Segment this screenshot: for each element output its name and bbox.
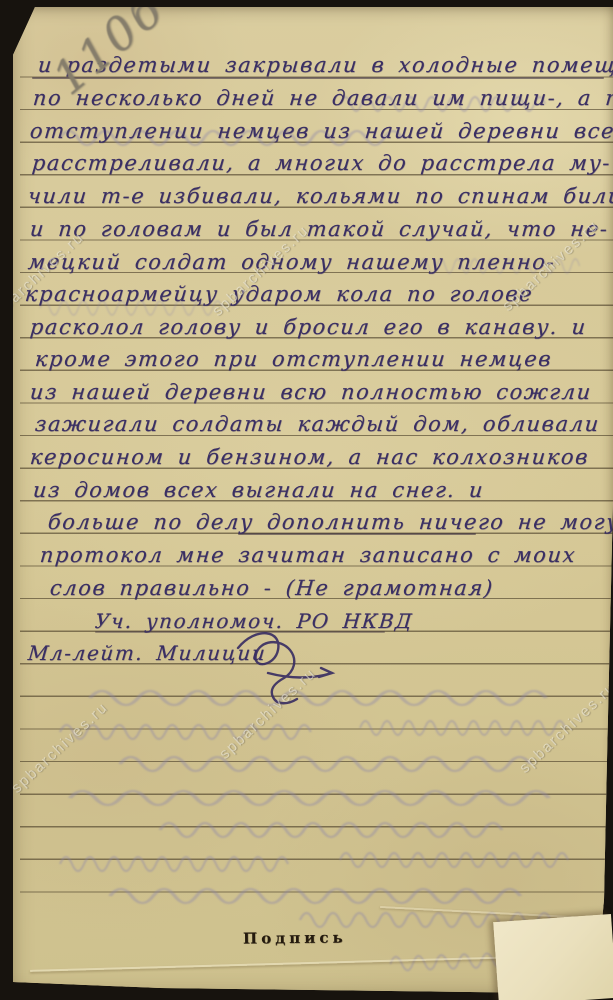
manuscript-line: расстреливали, а многих до расстрела му- xyxy=(31,150,612,176)
manuscript-line: зажигали солдаты каждый дом, обливали xyxy=(34,411,601,437)
manuscript-line: чили т-е избивали, кольями по спинам бил… xyxy=(27,183,613,209)
scanned-document: и раздетыми закрывали в холодные помещен… xyxy=(0,0,613,1000)
repair-patch xyxy=(493,914,613,1000)
document-page: и раздетыми закрывали в холодные помещен… xyxy=(0,0,613,1000)
manuscript-line: керосином и бензином, а нас колхозников xyxy=(29,444,590,470)
manuscript-line: отступлении немцев из нашей деревни всех xyxy=(29,118,613,144)
manuscript-line: расколол голову и бросил его в канаву. и xyxy=(29,314,588,340)
manuscript-line: и по головам и был такой случай, что не- xyxy=(29,216,610,242)
manuscript-line: больше по делу дополнить ничего не могу xyxy=(47,509,613,535)
manuscript-line: Мл-лейт. Милиции xyxy=(27,640,268,666)
manuscript-line: Уч. уполномоч. РО НКВД xyxy=(94,608,414,634)
manuscript-line: по несколько дней не давали им пищи-, а … xyxy=(32,85,613,111)
manuscript-line: из нашей деревни всю полностью сожгли xyxy=(29,379,593,405)
manuscript-line: красноармейцу ударом кола по голове xyxy=(24,281,535,307)
manuscript-line: из домов всех выгнали на снег. и xyxy=(32,477,485,503)
signature-caption: Подпись xyxy=(243,928,347,947)
manuscript-line: протокол мне зачитан записано с моих xyxy=(39,542,577,568)
manuscript-line: кроме этого при отступлении немцев xyxy=(34,346,554,372)
manuscript-line: слов правильно - (Не грамотная) xyxy=(49,575,495,601)
